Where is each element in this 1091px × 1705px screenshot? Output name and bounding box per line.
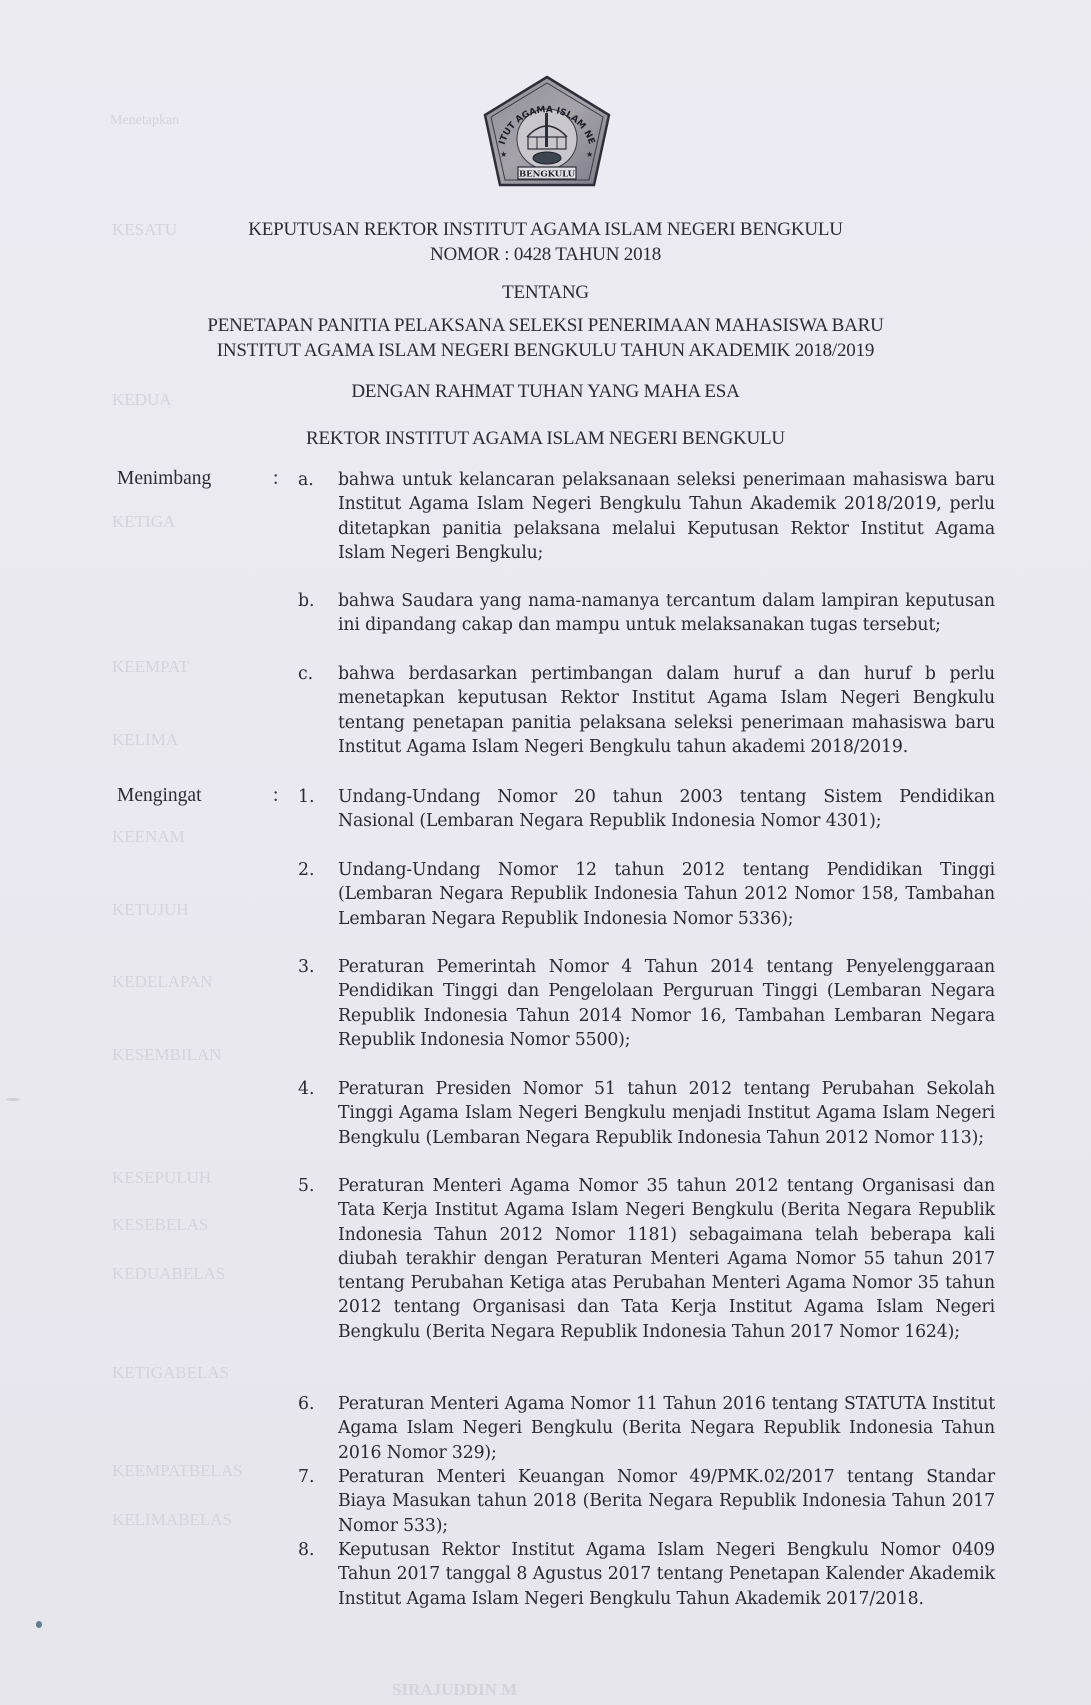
mengingat-item: 4. Peraturan Presiden Nomor 51 tahun 201… [298, 1077, 995, 1150]
show-through-label: KEENAM [112, 827, 185, 847]
mengingat-item: 3. Peraturan Pemerintah Nomor 4 Tahun 20… [298, 955, 995, 1052]
mengingat-colon: : [273, 785, 278, 807]
subject-line-2: INSTITUT AGAMA ISLAM NEGERI BENGKULU TAH… [0, 340, 1091, 362]
item-text: bahwa untuk kelancaran pelaksanaan selek… [338, 468, 995, 565]
item-marker: 3. [298, 955, 336, 979]
item-text: Peraturan Menteri Keuangan Nomor 49/PMK.… [338, 1465, 995, 1538]
item-marker: c. [298, 662, 336, 686]
item-text: Peraturan Menteri Agama Nomor 11 Tahun 2… [338, 1392, 995, 1465]
mengingat-item: 1. Undang-Undang Nomor 20 tahun 2003 ten… [298, 785, 995, 834]
svg-text:BENGKULU: BENGKULU [519, 170, 576, 180]
issuing-authority: REKTOR INSTITUT AGAMA ISLAM NEGERI BENGK… [0, 428, 1091, 450]
subject-line-1: PENETAPAN PANITIA PELAKSANA SELEKSI PENE… [0, 315, 1091, 337]
item-marker: 5. [298, 1174, 336, 1198]
show-through-label: KELIMABELAS [112, 1510, 232, 1530]
show-through-label: KEEMPAT [112, 657, 189, 677]
mengingat-label: Mengingat [117, 785, 201, 807]
mengingat-item: 7. Peraturan Menteri Keuangan Nomor 49/P… [298, 1465, 995, 1538]
menimbang-item: a. bahwa untuk kelancaran pelaksanaan se… [298, 468, 995, 565]
show-through-label: KEEMPATBELAS [112, 1461, 243, 1481]
item-marker: 4. [298, 1077, 336, 1101]
show-through-label: KELIMA [112, 730, 178, 750]
item-marker: 2. [298, 858, 336, 882]
institution-seal-logo: INSTITUT AGAMA ISLAM NEGERI BENGKULU ★ ★ [482, 75, 612, 200]
decree-title: KEPUTUSAN REKTOR INSTITUT AGAMA ISLAM NE… [0, 219, 1091, 241]
menimbang-item: c. bahwa berdasarkan pertimbangan dalam … [298, 662, 995, 759]
svg-text:★: ★ [500, 150, 507, 159]
show-through-label: KETIGA [112, 512, 175, 532]
show-through-label: Menetapkan [110, 113, 179, 129]
item-text: Peraturan Menteri Agama Nomor 35 tahun 2… [338, 1174, 995, 1344]
about-heading: TENTANG [0, 282, 1091, 304]
mengingat-item: 2. Undang-Undang Nomor 12 tahun 2012 ten… [298, 858, 995, 931]
item-text: bahwa Saudara yang nama-namanya tercantu… [338, 589, 995, 638]
scan-speck [36, 1621, 42, 1628]
menimbang-colon: : [273, 468, 278, 490]
item-text: bahwa berdasarkan pertimbangan dalam hur… [338, 662, 995, 759]
svg-text:★: ★ [586, 150, 593, 159]
show-through-label: KESEMBILAN [112, 1045, 222, 1065]
mengingat-item: 6. Peraturan Menteri Agama Nomor 11 Tahu… [298, 1392, 995, 1465]
show-through-signature: SIRAJUDDIN M [392, 1680, 517, 1700]
show-through-label: KEDELAPAN [112, 972, 212, 992]
show-through-label: KETUJUH [112, 900, 189, 920]
mengingat-item: 8. Keputusan Rektor Institut Agama Islam… [298, 1538, 995, 1611]
document-page: Menetapkan KESATU KEDUA KETIGA KEEMPAT K… [0, 0, 1091, 1705]
invocation: DENGAN RAHMAT TUHAN YANG MAHA ESA [0, 381, 1091, 403]
item-marker: a. [298, 468, 336, 492]
item-text: Undang-Undang Nomor 12 tahun 2012 tentan… [338, 858, 995, 931]
item-marker: 1. [298, 785, 336, 809]
item-text: Peraturan Pemerintah Nomor 4 Tahun 2014 … [338, 955, 995, 1052]
item-text: Peraturan Presiden Nomor 51 tahun 2012 t… [338, 1077, 995, 1150]
show-through-label: KETIGABELAS [112, 1363, 229, 1383]
menimbang-item: b. bahwa Saudara yang nama-namanya terca… [298, 589, 995, 638]
show-through-label: KEDUABELAS [112, 1264, 225, 1284]
scan-speck [6, 1098, 20, 1101]
show-through-label: KESEBELAS [112, 1215, 208, 1235]
show-through-label: KESEPULUH [112, 1168, 211, 1188]
mengingat-item: 5. Peraturan Menteri Agama Nomor 35 tahu… [298, 1174, 995, 1344]
item-marker: b. [298, 589, 336, 613]
item-text: Undang-Undang Nomor 20 tahun 2003 tentan… [338, 785, 995, 834]
menimbang-label: Menimbang [117, 468, 211, 490]
item-marker: 8. [298, 1538, 336, 1562]
decree-number: NOMOR : 0428 TAHUN 2018 [0, 244, 1091, 266]
item-marker: 6. [298, 1392, 336, 1416]
item-text: Keputusan Rektor Institut Agama Islam Ne… [338, 1538, 995, 1611]
item-marker: 7. [298, 1465, 336, 1489]
